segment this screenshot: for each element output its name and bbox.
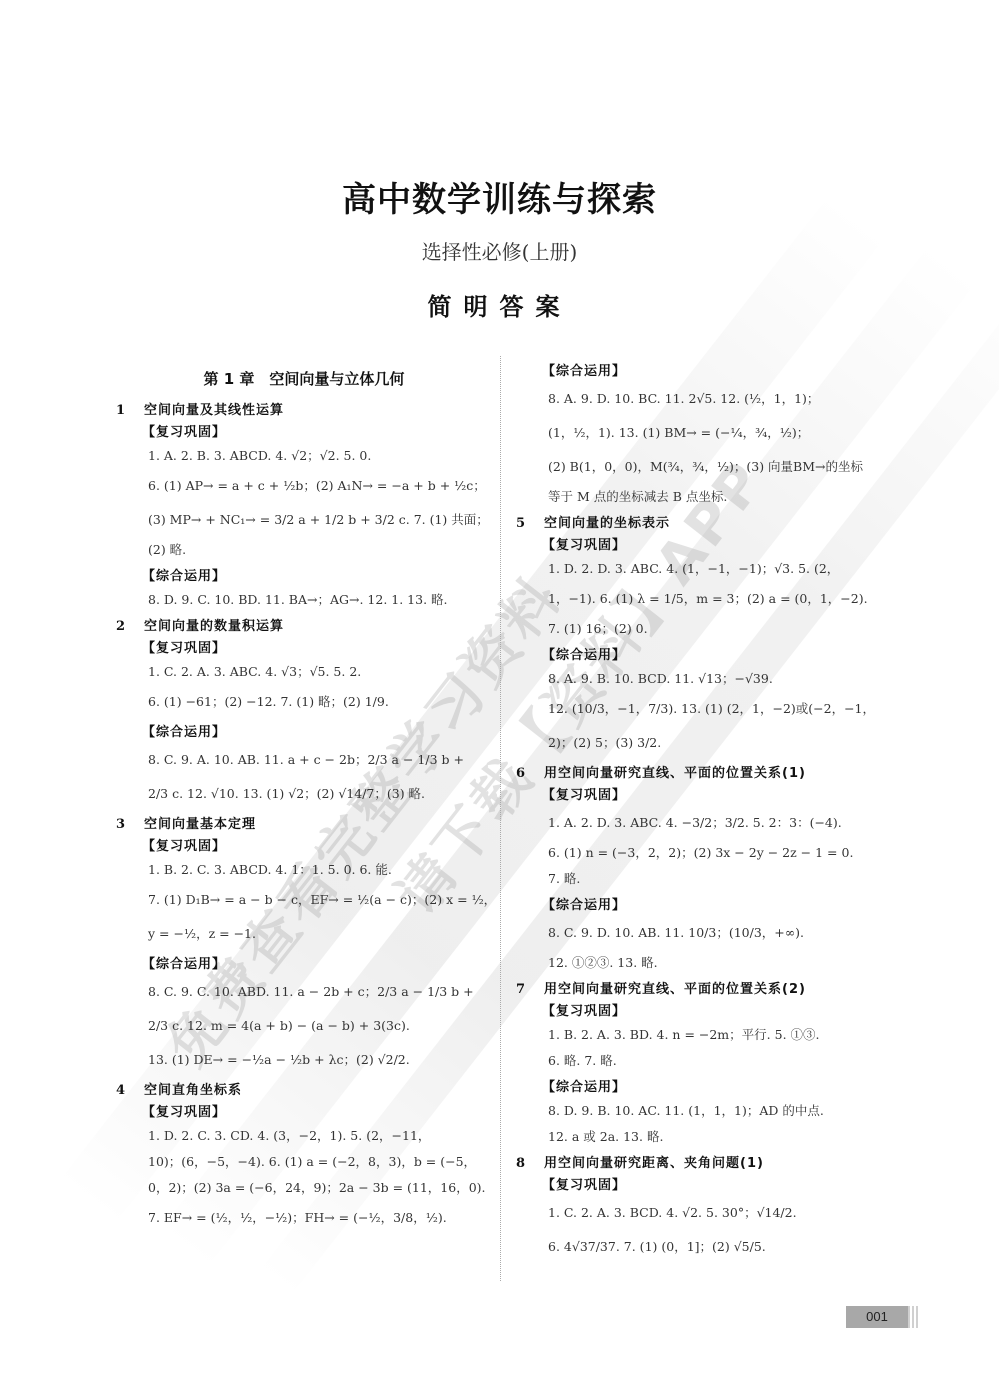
- section-name: 空间向量的坐标表示: [544, 516, 670, 531]
- answer-line: 8. C. 9. D. 10. AB. 11. 10/3；(10/3，+∞).: [548, 916, 896, 950]
- review-label: 【复习巩固】: [142, 421, 492, 440]
- section-heading: 3空间向量基本定理: [116, 813, 492, 832]
- answer-line: 等于 M 点的坐标减去 B 点坐标.: [548, 484, 896, 510]
- answer-line: (2) 略.: [148, 537, 492, 563]
- answer-line: 8. D. 9. B. 10. AC. 11. (1，1，1)；AD 的中点.: [548, 1098, 896, 1124]
- answer-line: 8. A. 9. D. 10. BC. 11. 2√5. 12. (½，1，1)…: [548, 382, 896, 416]
- section-number: 5: [516, 516, 544, 531]
- section-heading: 7用空间向量研究直线、平面的位置关系(2): [516, 978, 896, 997]
- answer-line: 12. ①②③. 13. 略.: [548, 950, 896, 976]
- review-label: 【复习巩固】: [542, 1000, 896, 1019]
- section-number: 4: [116, 1083, 144, 1098]
- answer-line: 2)；(2) 5；(3) 3/2.: [548, 726, 896, 760]
- chapter-title: 第 1 章 空间向量与立体几何: [116, 368, 492, 389]
- answer-line: 1. B. 2. A. 3. BD. 4. n = −2m；平行. 5. ①③.: [548, 1022, 896, 1048]
- page-number: 001: [846, 1306, 908, 1328]
- apply-label: 【综合运用】: [542, 644, 896, 663]
- section-heading: 2空间向量的数量积运算: [116, 615, 492, 634]
- section-number: 7: [516, 982, 544, 997]
- review-label: 【复习巩固】: [542, 784, 896, 803]
- book-subtitle: 选择性必修(上册): [0, 236, 999, 265]
- review-label: 【复习巩固】: [142, 637, 492, 656]
- review-label: 【复习巩固】: [142, 835, 492, 854]
- column-divider: [500, 356, 501, 1281]
- answer-line: 6. 4√37/37. 7. (1) (0，1]；(2) √5/5.: [548, 1230, 896, 1264]
- apply-label: 【综合运用】: [542, 1076, 896, 1095]
- answer-line: (1，½，1). 13. (1) BM→ = (−¼，¾，½)；: [548, 416, 896, 450]
- answer-line: 1. D. 2. C. 3. CD. 4. (3，−2，1). 5. (2，−1…: [148, 1123, 492, 1149]
- apply-label: 【综合运用】: [142, 721, 492, 740]
- answer-line: 0，2)；(2) 3a = (−6，24，9)；2a − 3b = (11，16…: [148, 1175, 492, 1201]
- apply-label: 【综合运用】: [142, 953, 492, 972]
- answer-line: 2/3 c. 12. m = 4(a + b) − (a − b) + 3(3c…: [148, 1009, 492, 1043]
- section-number: 1: [116, 403, 144, 418]
- book-title: 高中数学训练与探索: [0, 172, 999, 221]
- section-heading: 5空间向量的坐标表示: [516, 512, 896, 531]
- apply-label: 【综合运用】: [542, 360, 896, 379]
- answer-line: 8. C. 9. C. 10. ABD. 11. a − 2b + c；2/3 …: [148, 975, 492, 1009]
- answer-line: 1. B. 2. C. 3. ABCD. 4. 1：1. 5. 0. 6. 能.: [148, 857, 492, 883]
- answer-line: 7. EF→ = (½，½，−½)；FH→ = (−½，3/8，½).: [148, 1201, 492, 1235]
- page-number-decoration: [908, 1306, 920, 1328]
- review-label: 【复习巩固】: [142, 1101, 492, 1120]
- answer-line: (3) MP→ + NC₁→ = 3/2 a + 1/2 b + 3/2 c. …: [148, 503, 492, 537]
- section-number: 8: [516, 1156, 544, 1171]
- section-name: 用空间向量研究直线、平面的位置关系(1): [544, 766, 806, 781]
- answer-line: 6. (1) n = (−3，2，2)；(2) 3x − 2y − 2z − 1…: [548, 840, 896, 866]
- answer-line: 13. (1) DE→ = −½a − ½b + λc；(2) √2/2.: [148, 1043, 492, 1077]
- answer-line: 8. D. 9. C. 10. BD. 11. BA→；AG→. 12. 1. …: [148, 587, 492, 613]
- section-number: 6: [516, 766, 544, 781]
- answer-line: 8. C. 9. A. 10. AB. 11. a + c − 2b；2/3 a…: [148, 743, 492, 777]
- section-heading: 1空间向量及其线性运算: [116, 399, 492, 418]
- answer-line: 6. (1) AP→ = a + c + ½b；(2) A₁N→ = −a + …: [148, 469, 492, 503]
- answer-line: 1. C. 2. A. 3. ABC. 4. √3；√5. 5. 2.: [148, 659, 492, 685]
- answer-line: (2) B(1，0，0)，M(¾，¾，½)；(3) 向量BM→的坐标: [548, 450, 896, 484]
- review-label: 【复习巩固】: [542, 1174, 896, 1193]
- answer-line: 8. A. 9. B. 10. BCD. 11. √13；−√39.: [548, 666, 896, 692]
- section-name: 用空间向量研究直线、平面的位置关系(2): [544, 982, 806, 997]
- answer-line: 1. A. 2. D. 3. ABC. 4. −3/2；3/2. 5. 2：3：…: [548, 806, 896, 840]
- answer-line: 6. 略. 7. 略.: [548, 1048, 896, 1074]
- left-column: 第 1 章 空间向量与立体几何 1空间向量及其线性运算 【复习巩固】 1. A.…: [116, 360, 492, 1235]
- answer-line: 1. A. 2. B. 3. ABCD. 4. √2；√2. 5. 0.: [148, 443, 492, 469]
- answer-line: 6. (1) −61；(2) −12. 7. (1) 略；(2) 1/9.: [148, 685, 492, 719]
- answer-line: 2/3 c. 12. √10. 13. (1) √2；(2) √14/7；(3)…: [148, 777, 492, 811]
- section-number: 2: [116, 619, 144, 634]
- section-name: 空间向量基本定理: [144, 817, 256, 832]
- answer-line: 7. (1) D₁B→ = a − b − c，EF→ = ½(a − c)；(…: [148, 883, 492, 917]
- section-number: 3: [116, 817, 144, 832]
- answer-heading: 简明答案: [0, 287, 999, 322]
- section-name: 空间向量及其线性运算: [144, 403, 284, 418]
- answer-line: 12. (10/3，−1，7/3). 13. (1) (2，1，−2)或(−2，…: [548, 692, 896, 726]
- apply-label: 【综合运用】: [542, 894, 896, 913]
- answer-line: y = −½，z = −1.: [148, 917, 492, 951]
- section-heading: 6用空间向量研究直线、平面的位置关系(1): [516, 762, 896, 781]
- answer-line: 1，−1). 6. (1) λ = 1/5，m = 3；(2) a = (0，1…: [548, 582, 896, 616]
- section-name: 用空间向量研究距离、夹角问题(1): [544, 1156, 764, 1171]
- answer-line: 10)；(6，−5，−4). 6. (1) a = (−2，8，3)，b = (…: [148, 1149, 492, 1175]
- answer-line: 1. D. 2. D. 3. ABC. 4. (1，−1，−1)；√3. 5. …: [548, 556, 896, 582]
- review-label: 【复习巩固】: [542, 534, 896, 553]
- answer-line: 12. a 或 2a. 13. 略.: [548, 1124, 896, 1150]
- section-name: 空间向量的数量积运算: [144, 619, 284, 634]
- answer-line: 1. C. 2. A. 3. BCD. 4. √2. 5. 30°；√14/2.: [548, 1196, 896, 1230]
- section-heading: 8用空间向量研究距离、夹角问题(1): [516, 1152, 896, 1171]
- apply-label: 【综合运用】: [142, 565, 492, 584]
- section-heading: 4空间直角坐标系: [116, 1079, 492, 1098]
- section-name: 空间直角坐标系: [144, 1083, 242, 1098]
- answer-line: 7. (1) 16；(2) 0.: [548, 616, 896, 642]
- right-column: 【综合运用】 8. A. 9. D. 10. BC. 11. 2√5. 12. …: [516, 360, 896, 1264]
- answer-line: 7. 略.: [548, 866, 896, 892]
